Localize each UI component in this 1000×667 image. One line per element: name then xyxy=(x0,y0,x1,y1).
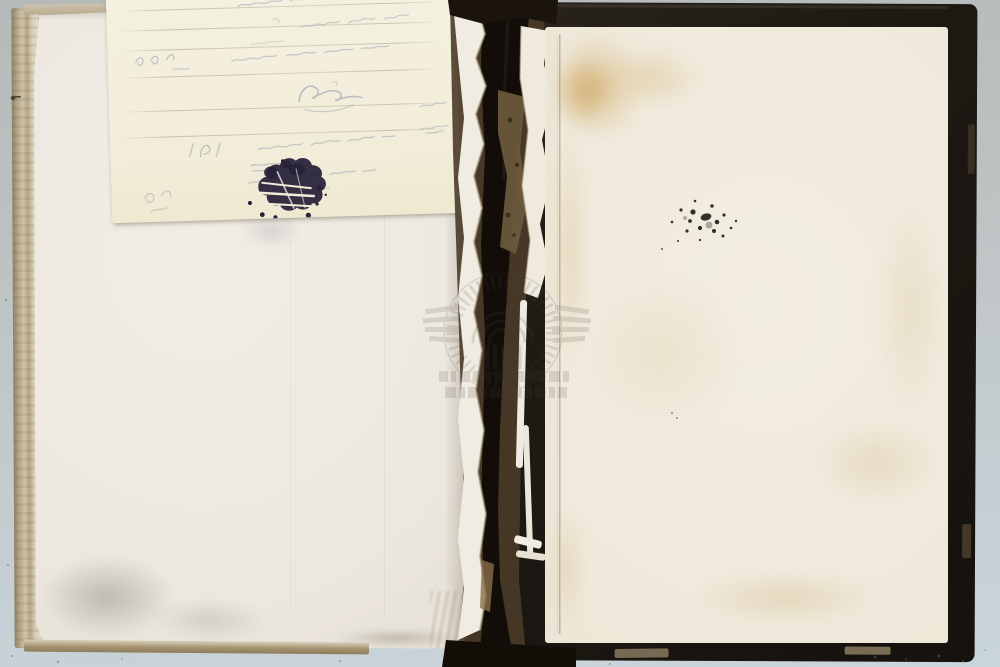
cover-worn-chip xyxy=(845,647,891,655)
cover-worn-chip xyxy=(962,524,971,558)
tan-stain xyxy=(605,47,700,109)
tan-stain xyxy=(693,572,878,624)
gutter-bottom-cap xyxy=(442,640,576,667)
cover-worn-chip xyxy=(968,124,975,174)
tiny-speck xyxy=(676,417,678,419)
tan-stain xyxy=(813,419,938,504)
cover-worn-chip xyxy=(615,648,669,658)
card-art xyxy=(106,0,462,223)
tan-stain xyxy=(585,277,740,427)
note-card xyxy=(106,0,462,223)
tan-stain xyxy=(875,197,945,422)
archival-book-photo xyxy=(0,0,1000,667)
pastedown-page xyxy=(545,27,948,643)
corner-smudge xyxy=(152,599,267,641)
left-page-bottom-edge xyxy=(24,640,369,655)
ink-speck-cluster xyxy=(655,192,755,262)
tiny-speck xyxy=(671,412,673,414)
archive-watermark-icon xyxy=(421,257,593,405)
ink-stamp xyxy=(247,157,328,220)
